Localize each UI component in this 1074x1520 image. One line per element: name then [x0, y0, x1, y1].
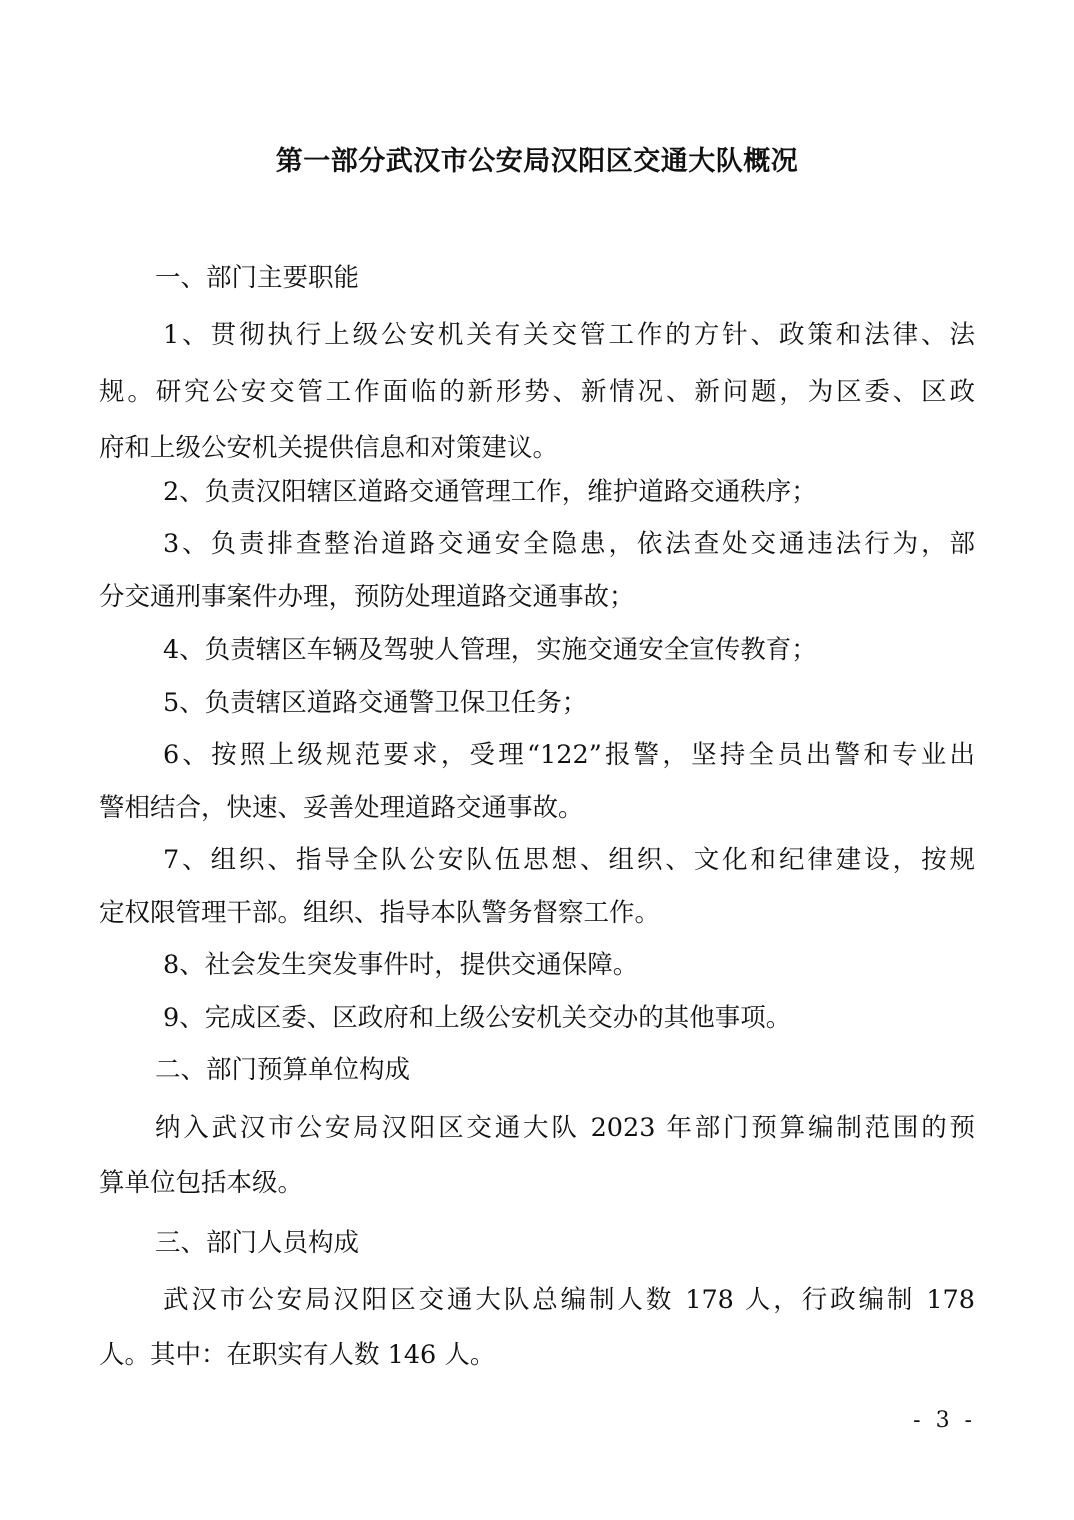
page-title: 第一部分武汉市公安局汉阳区交通大队概况	[0, 142, 1074, 182]
page-number: - 3 -	[913, 1406, 976, 1436]
staff-composition-line2: 人。其中：在职实有人数 146 人。	[99, 1335, 495, 1375]
function-item-8: 8、社会发生突发事件时，提供交通保障。	[163, 945, 638, 985]
section-heading-staff: 三、部门人员构成	[155, 1223, 359, 1263]
function-item-3-line2: 分交通刑事案件办理，预防处理道路交通事故；	[99, 577, 635, 617]
function-item-4: 4、负责辖区车辆及驾驶人管理，实施交通安全宣传教育；	[163, 630, 817, 670]
section-heading-functions: 一、部门主要职能	[155, 258, 359, 298]
function-item-7-line2: 定权限管理干部。组织、指导本队警务督察工作。	[99, 893, 660, 933]
function-item-6-line2: 警相结合，快速、妥善处理道路交通事故。	[99, 788, 584, 828]
function-item-1-line2: 规。研究公安交管工作面临的新形势、新情况、新问题，为区委、区政	[99, 372, 975, 412]
function-item-3-line1: 3、负责排查整治道路交通安全隐患，依法查处交通违法行为，部	[163, 524, 975, 564]
function-item-9: 9、完成区委、区政府和上级公安机关交办的其他事项。	[163, 998, 791, 1038]
function-item-5: 5、负责辖区道路交通警卫保卫任务；	[163, 683, 587, 723]
function-item-2: 2、负责汉阳辖区道路交通管理工作，维护道路交通秩序；	[163, 472, 817, 512]
function-item-6-line1: 6、按照上级规范要求，受理“122”报警，坚持全员出警和专业出	[163, 735, 975, 775]
section-heading-budget-units: 二、部门预算单位构成	[155, 1050, 410, 1090]
budget-units-line2: 算单位包括本级。	[99, 1163, 303, 1203]
document-page: 第一部分武汉市公安局汉阳区交通大队概况 一、部门主要职能 1、贯彻执行上级公安机…	[0, 0, 1074, 1520]
function-item-1-line3: 府和上级公安机关提供信息和对策建议。	[99, 428, 558, 468]
function-item-1-line1: 1、贯彻执行上级公安机关有关交管工作的方针、政策和法律、法	[163, 315, 975, 355]
budget-units-line1: 纳入武汉市公安局汉阳区交通大队 2023 年部门预算编制范围的预	[155, 1108, 975, 1148]
function-item-7-line1: 7、组织、指导全队公安队伍思想、组织、文化和纪律建设，按规	[163, 840, 975, 880]
staff-composition-line1: 武汉市公安局汉阳区交通大队总编制人数 178 人，行政编制 178	[163, 1280, 975, 1320]
